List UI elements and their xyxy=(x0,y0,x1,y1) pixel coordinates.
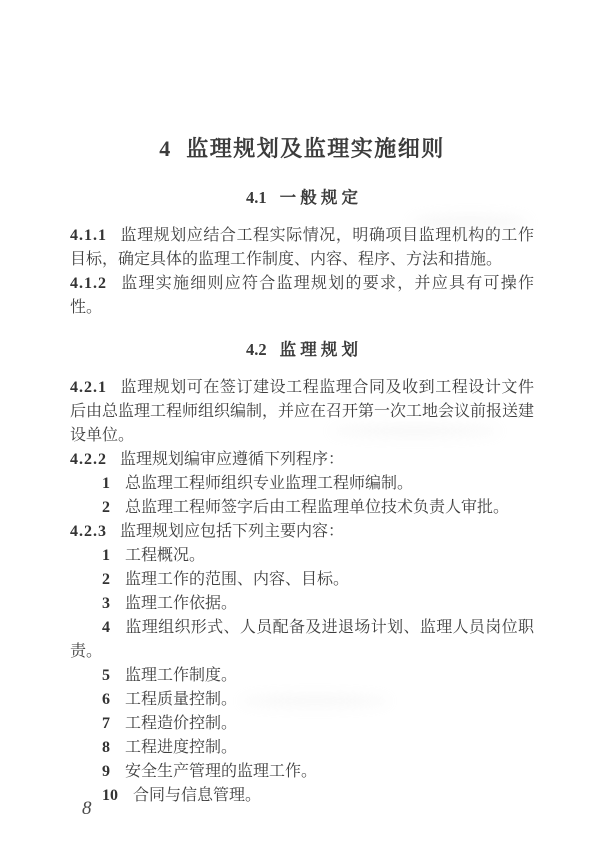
list-item: 9安全生产管理的监理工作。 xyxy=(70,760,534,784)
scanned-document-page: 4监理规划及监理实施细则 4.1一 般 规 定 4.1.1监理规划应结合工程实际… xyxy=(0,0,600,853)
item-number: 10 xyxy=(102,787,118,804)
item-text: 监理工作的范围、内容、目标。 xyxy=(125,571,349,588)
clause-number: 4.2.2 xyxy=(70,451,107,468)
chapter-title-text: 监理规划及监理实施细则 xyxy=(186,136,445,161)
item-text: 工程造价控制。 xyxy=(125,715,237,732)
clause-text: 监理规划应结合工程实际情况，明确项目监理机构的工作目标，确定具体的监理工作制度、… xyxy=(70,227,534,268)
page-number: 8 xyxy=(82,798,92,820)
clause-4-1-1: 4.1.1监理规划应结合工程实际情况，明确项目监理机构的工作目标，确定具体的监理… xyxy=(70,224,534,272)
item-text: 工程进度控制。 xyxy=(125,739,237,756)
list-item: 5监理工作制度。 xyxy=(70,664,534,688)
clause-4-2-1: 4.2.1监理规划可在签订建设工程监理合同及收到工程设计文件后由总监理工程师组织… xyxy=(70,376,534,448)
clause-text: 监理规划应包括下列主要内容： xyxy=(120,523,344,540)
item-number: 8 xyxy=(102,739,110,756)
clause-text: 监理规划编审应遵循下列程序： xyxy=(120,451,344,468)
list-item: 1工程概况。 xyxy=(70,544,534,568)
list-item: 10合同与信息管理。 xyxy=(70,784,534,808)
item-text: 监理组织形式、人员配备及进退场计划、监理人员岗位职责。 xyxy=(70,619,534,660)
clause-text: 监理规划可在签订建设工程监理合同及收到工程设计文件后由总监理工程师组织编制，并应… xyxy=(70,379,534,444)
chapter-number: 4 xyxy=(159,136,170,161)
item-number: 6 xyxy=(102,691,110,708)
item-number: 3 xyxy=(102,595,110,612)
item-text: 工程概况。 xyxy=(125,547,205,564)
item-text: 总监理工程师组织专业监理工程师编制。 xyxy=(125,475,413,492)
list-item: 2总监理工程师签字后由工程监理单位技术负责人审批。 xyxy=(70,496,534,520)
item-number: 7 xyxy=(102,715,110,732)
item-text: 监理工作依据。 xyxy=(125,595,237,612)
clause-number: 4.2.3 xyxy=(70,523,107,540)
item-text: 总监理工程师签字后由工程监理单位技术负责人审批。 xyxy=(125,499,509,516)
chapter-title: 4监理规划及监理实施细则 xyxy=(70,134,534,164)
item-number: 9 xyxy=(102,763,110,780)
clause-4-2-3: 4.2.3监理规划应包括下列主要内容： xyxy=(70,520,534,544)
item-number: 2 xyxy=(102,571,110,588)
list-item: 2监理工作的范围、内容、目标。 xyxy=(70,568,534,592)
item-number: 1 xyxy=(102,547,110,564)
list-item: 3监理工作依据。 xyxy=(70,592,534,616)
section-heading-4-2: 4.2监 理 规 划 xyxy=(70,338,534,362)
item-text: 合同与信息管理。 xyxy=(133,787,261,804)
item-number: 1 xyxy=(102,475,110,492)
list-item: 1总监理工程师组织专业监理工程师编制。 xyxy=(70,472,534,496)
clause-number: 4.1.2 xyxy=(70,275,107,292)
item-text: 工程质量控制。 xyxy=(125,691,237,708)
section-number: 4.2 xyxy=(246,340,267,359)
page-content: 4监理规划及监理实施细则 4.1一 般 规 定 4.1.1监理规划应结合工程实际… xyxy=(0,0,600,808)
section-heading-4-1: 4.1一 般 规 定 xyxy=(70,186,534,210)
item-number: 4 xyxy=(102,619,110,636)
list-item: 4监理组织形式、人员配备及进退场计划、监理人员岗位职责。 xyxy=(70,616,534,664)
clause-text: 监理实施细则应符合监理规划的要求，并应具有可操作性。 xyxy=(70,275,534,316)
item-text: 监理工作制度。 xyxy=(125,667,237,684)
item-text: 安全生产管理的监理工作。 xyxy=(125,763,317,780)
list-item: 8工程进度控制。 xyxy=(70,736,534,760)
list-item: 6工程质量控制。 xyxy=(70,688,534,712)
section-title-text: 监 理 规 划 xyxy=(280,340,358,359)
clause-4-2-2: 4.2.2监理规划编审应遵循下列程序： xyxy=(70,448,534,472)
clause-4-1-2: 4.1.2监理实施细则应符合监理规划的要求，并应具有可操作性。 xyxy=(70,272,534,320)
section-title-text: 一 般 规 定 xyxy=(280,188,358,207)
list-item: 7工程造价控制。 xyxy=(70,712,534,736)
clause-number: 4.1.1 xyxy=(70,227,107,244)
item-number: 2 xyxy=(102,499,110,516)
clause-number: 4.2.1 xyxy=(70,379,107,396)
item-number: 5 xyxy=(102,667,110,684)
section-number: 4.1 xyxy=(246,188,267,207)
